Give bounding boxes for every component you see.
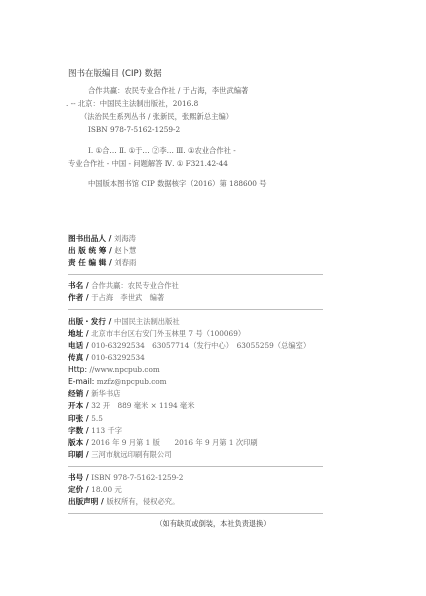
cip-line: 合作共赢：农民专业合作社 / 于占海，李世武编著 — [88, 86, 248, 96]
pricing-label: 定价 / — [68, 485, 91, 494]
pub-label: 传真 / — [68, 353, 91, 362]
pub-label: 印刷 / — [68, 450, 91, 459]
footer-note: （如有缺页或倒装，本社负责退换） — [0, 519, 426, 529]
staff-value: 赵卜慧 — [114, 246, 136, 255]
pub-row: 经销 / 新华书店 — [68, 389, 120, 399]
staff-label: 责 任 编 辑 / — [68, 258, 114, 267]
cip-line: 中国版本图书馆 CIP 数据核字（2016）第 188600 号 — [88, 179, 267, 189]
pub-value: 2016 年 9 月第 1 版 2016 年 9 月第 1 次印刷 — [91, 438, 257, 447]
pub-row: 字数 / 113 千字 — [68, 426, 122, 436]
pub-value: 中国民主法制出版社 — [114, 317, 180, 326]
pub-label: 经销 / — [68, 389, 91, 398]
pub-row: Http: //www.npcpub.com — [68, 365, 160, 375]
pub-row: 地址 / 北京市丰台区右安门外玉林里 7 号（100069） — [68, 329, 245, 339]
pub-label: 电话 / — [68, 341, 91, 350]
pub-label: 地址 / — [68, 329, 91, 338]
book-row-title: 书名 / 合作共赢：农民专业合作社 — [68, 281, 179, 291]
pub-value: 010-63292534 63057714（发行中心） 63055259（总编室… — [91, 341, 310, 350]
pub-label: E-mail: — [68, 377, 97, 386]
pub-row: 传真 / 010-63292534 — [68, 353, 145, 363]
staff-value: 刘海涛 — [114, 234, 136, 243]
pub-row: 电话 / 010-63292534 63057714（发行中心） 6305525… — [68, 341, 310, 351]
pub-row: 出版・发行 / 中国民主法制出版社 — [68, 317, 180, 327]
pub-value: 北京市丰台区右安门外玉林里 7 号（100069） — [91, 329, 245, 338]
staff-label: 出 版 统 筹 / — [68, 246, 114, 255]
book-label: 书名 / — [68, 281, 91, 290]
pub-row: 开本 / 32 开 889 毫米 × 1194 毫米 — [68, 401, 195, 411]
divider — [68, 466, 323, 467]
pricing-row-statement: 出版声明 / 版权所有，侵权必究。 — [68, 497, 179, 507]
pub-value: mzfz@npcpub.com — [97, 377, 167, 386]
pub-row: 印刷 / 三河市航远印刷有限公司 — [68, 450, 172, 460]
book-label: 作者 / — [68, 293, 91, 302]
pub-value: 5.5 — [91, 414, 103, 423]
pricing-value: ISBN 978-7-5162-1259-2 — [91, 473, 183, 482]
divider — [68, 274, 323, 275]
staff-label: 图书出品人 / — [68, 234, 114, 243]
divider — [68, 309, 323, 310]
cip-line: Ⅰ. ①合… Ⅱ. ①于… ②李… Ⅲ. ①农业合作社 - — [88, 146, 236, 156]
staff-row-coordinator: 出 版 统 筹 / 赵卜慧 — [68, 246, 136, 256]
book-value: 合作共赢：农民专业合作社 — [91, 281, 179, 290]
pub-label: 开本 / — [68, 401, 91, 410]
book-row-author: 作者 / 于占海 李世武 编著 — [68, 293, 164, 303]
pub-label: Http: — [68, 365, 89, 374]
pub-value: //www.npcpub.com — [89, 365, 159, 374]
pricing-label: 书号 / — [68, 473, 91, 482]
pricing-value: 版权所有，侵权必究。 — [106, 497, 179, 506]
pub-value: 新华书店 — [91, 389, 120, 398]
pub-label: 字数 / — [68, 426, 91, 435]
copyright-page: 图书在版编目 (CIP) 数据 合作共赢：农民专业合作社 / 于占海，李世武编著… — [0, 0, 426, 596]
cip-line: （法治民生系列丛书 / 张新民，张熙新总主编） — [80, 112, 233, 122]
staff-value: 刘春雨 — [114, 258, 136, 267]
pricing-value: 18.00 元 — [91, 485, 122, 494]
pub-value: 113 千字 — [91, 426, 122, 435]
cip-line: ISBN 978-7-5162-1259-2 — [88, 125, 180, 134]
pub-value: 32 开 889 毫米 × 1194 毫米 — [91, 401, 194, 410]
pub-label: 印张 / — [68, 414, 91, 423]
pricing-row-isbn: 书号 / ISBN 978-7-5162-1259-2 — [68, 473, 183, 483]
pub-row: E-mail: mzfz@npcpub.com — [68, 377, 167, 387]
pub-value: 三河市航远印刷有限公司 — [91, 450, 171, 459]
cip-line: 专业合作社 - 中国 - 问题解答 Ⅳ. ① F321.42-44 — [68, 159, 228, 169]
divider — [68, 513, 323, 514]
pub-label: 出版・发行 / — [68, 317, 114, 326]
staff-row-editor: 责 任 编 辑 / 刘春雨 — [68, 258, 136, 268]
pub-label: 版本 / — [68, 438, 91, 447]
staff-row-producer: 图书出品人 / 刘海涛 — [68, 234, 136, 244]
pub-row: 印张 / 5.5 — [68, 414, 103, 424]
pub-row: 版本 / 2016 年 9 月第 1 版 2016 年 9 月第 1 次印刷 — [68, 438, 258, 448]
pub-value: 010-63292534 — [91, 353, 145, 362]
pricing-label: 出版声明 / — [68, 497, 106, 506]
book-value: 于占海 李世武 编著 — [91, 293, 164, 302]
pricing-row-price: 定价 / 18.00 元 — [68, 485, 122, 495]
cip-line: . -- 北京：中国民主法制出版社，2016.8 — [66, 99, 198, 109]
cip-title: 图书在版编目 (CIP) 数据 — [68, 67, 162, 79]
